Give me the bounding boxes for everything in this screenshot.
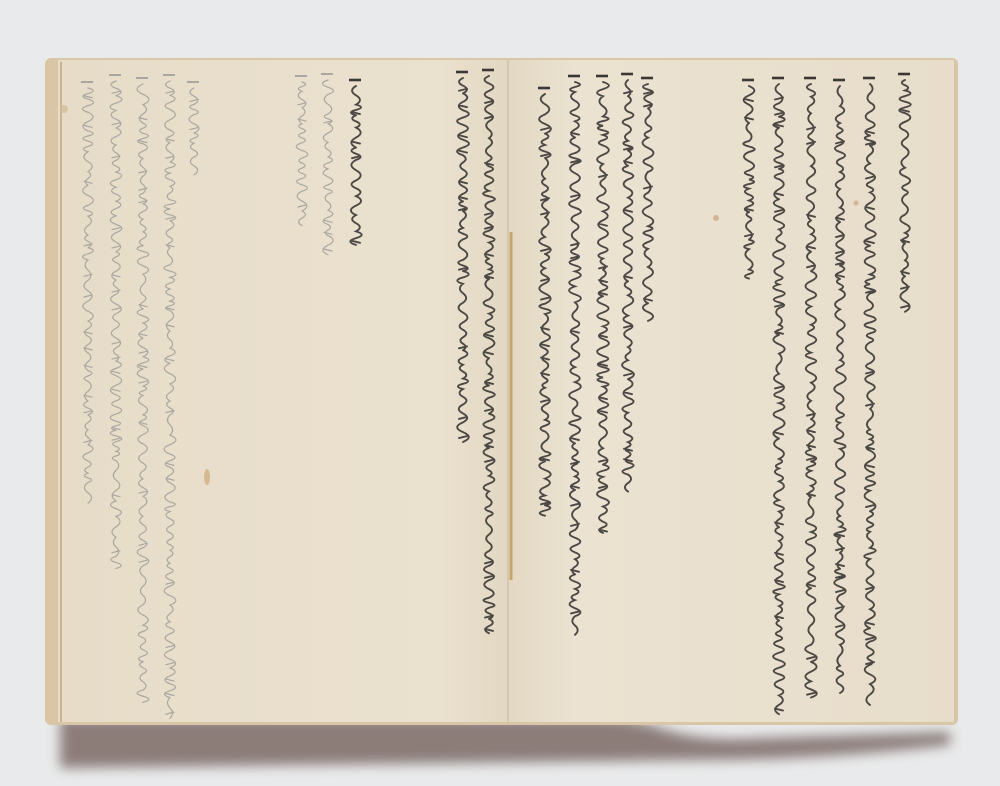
- left-page: [58, 60, 508, 722]
- paper-stain: [854, 201, 859, 206]
- book-shadow: [60, 718, 950, 768]
- paper-stain: [713, 215, 719, 221]
- paper-stain: [60, 105, 68, 113]
- paper-stain: [204, 469, 210, 485]
- notebook-photo: [0, 0, 1000, 786]
